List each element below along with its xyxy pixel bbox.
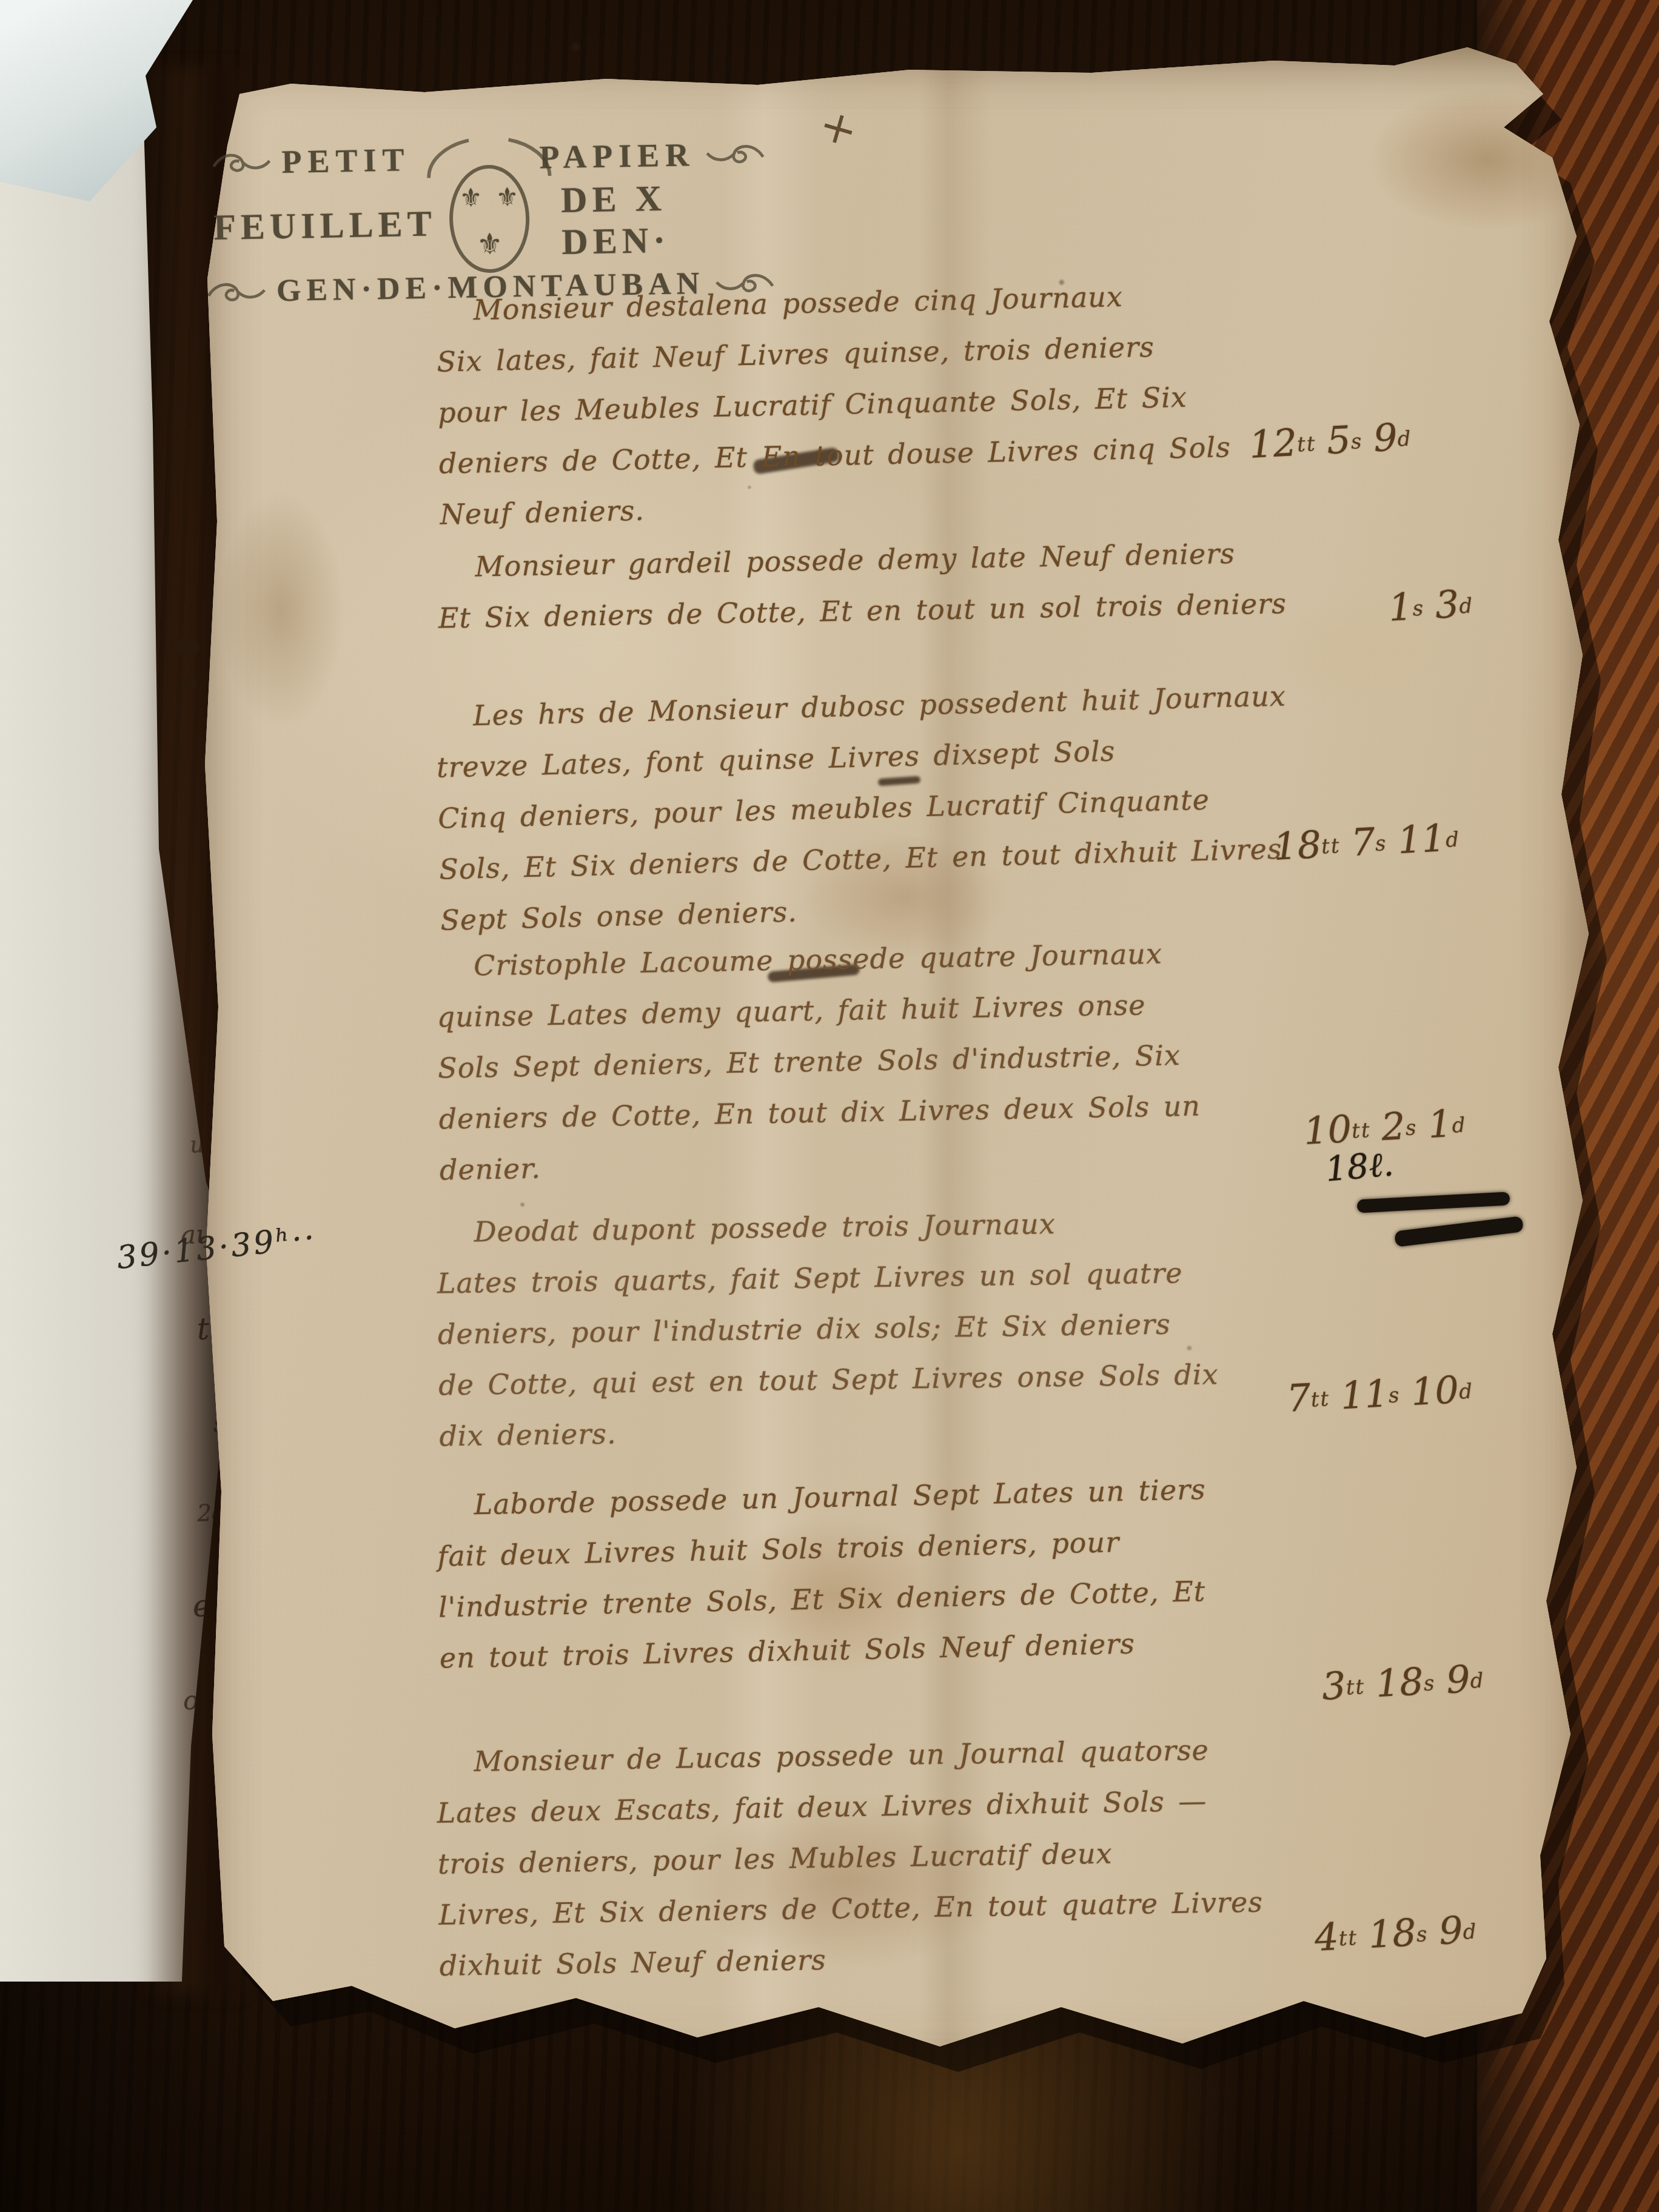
entry-paragraph: Monsieur gardeil possede demy late Neuf … xyxy=(437,523,1518,643)
entry-paragraph: Les hrs de Monsieur dubosc possedent hui… xyxy=(435,665,1520,945)
entry-paragraph: Deodat dupont possede trois Journaux Lat… xyxy=(436,1192,1519,1462)
amount-part: 5s xyxy=(1326,417,1364,463)
amount-annotation: 4tt 18s 9d xyxy=(1313,1907,1478,1960)
amount-annotation: 12tt 5s 9d xyxy=(1248,414,1413,467)
stamp-text: PETIT xyxy=(281,141,411,181)
amount-annotation: 1s 3d xyxy=(1387,581,1475,629)
fleur-de-lis-icon: ⚜ xyxy=(489,186,526,209)
stamp-text: DE X DEN· xyxy=(561,176,766,263)
amount-part: 12tt xyxy=(1248,419,1317,467)
amount-part: 11s xyxy=(1339,1370,1401,1418)
flourish-icon xyxy=(212,150,271,175)
amount-annotation: 3tt 18s 9d xyxy=(1321,1656,1486,1709)
stamp-text: FEUILLET xyxy=(213,203,437,248)
amount-part: 11d xyxy=(1396,815,1461,862)
entry-paragraph: Monsieur destalena possede cinq Journaux… xyxy=(435,263,1520,540)
amount-part: 10d xyxy=(1410,1367,1474,1414)
entry-paragraph: Laborde possede un Journal Sept Lates un… xyxy=(436,1457,1520,1683)
amount-part: 1d xyxy=(1427,1101,1467,1147)
amount-part: 9d xyxy=(1372,414,1413,460)
flourish-icon xyxy=(706,141,765,167)
ink-blot xyxy=(571,42,580,51)
amount-part: 3tt xyxy=(1321,1662,1366,1709)
amount-part: 18tt xyxy=(1272,821,1341,869)
flourish-icon xyxy=(207,279,266,304)
amount-part: 1s xyxy=(1387,584,1426,630)
tax-stamp: PETIT PAPIER FEUILLET DE X DEN· GEN·DE·M… xyxy=(212,135,766,296)
amount-part: 18s xyxy=(1375,1658,1436,1706)
amount-part: 7tt xyxy=(1285,1374,1331,1421)
ink-blot xyxy=(182,678,198,689)
photo-canvas: ans Nous a er 3d ies s id f euf us En ui… xyxy=(0,0,1659,2212)
ink-blot xyxy=(173,638,200,656)
fleur-de-lis-icon: ⚜ xyxy=(453,231,526,258)
amount-part: 4tt xyxy=(1313,1913,1359,1960)
fleur-de-lis-icon: ⚜ xyxy=(452,186,489,210)
amount-part: 10tt xyxy=(1302,1105,1372,1153)
amount-annotation: 10tt 2s 1d xyxy=(1302,1101,1467,1153)
entry-paragraph: Cristophle Lacoume possede quatre Journa… xyxy=(435,922,1519,1195)
amount-part: 9d xyxy=(1438,1907,1478,1953)
stamp-text: PAPIER xyxy=(539,136,695,176)
amount-part: 9d xyxy=(1445,1656,1486,1702)
amount-part: 2s xyxy=(1380,1103,1418,1149)
amount-part: 7s xyxy=(1350,819,1388,865)
amount-part: 3d xyxy=(1434,581,1475,627)
amount-part: 18s xyxy=(1367,1909,1429,1957)
